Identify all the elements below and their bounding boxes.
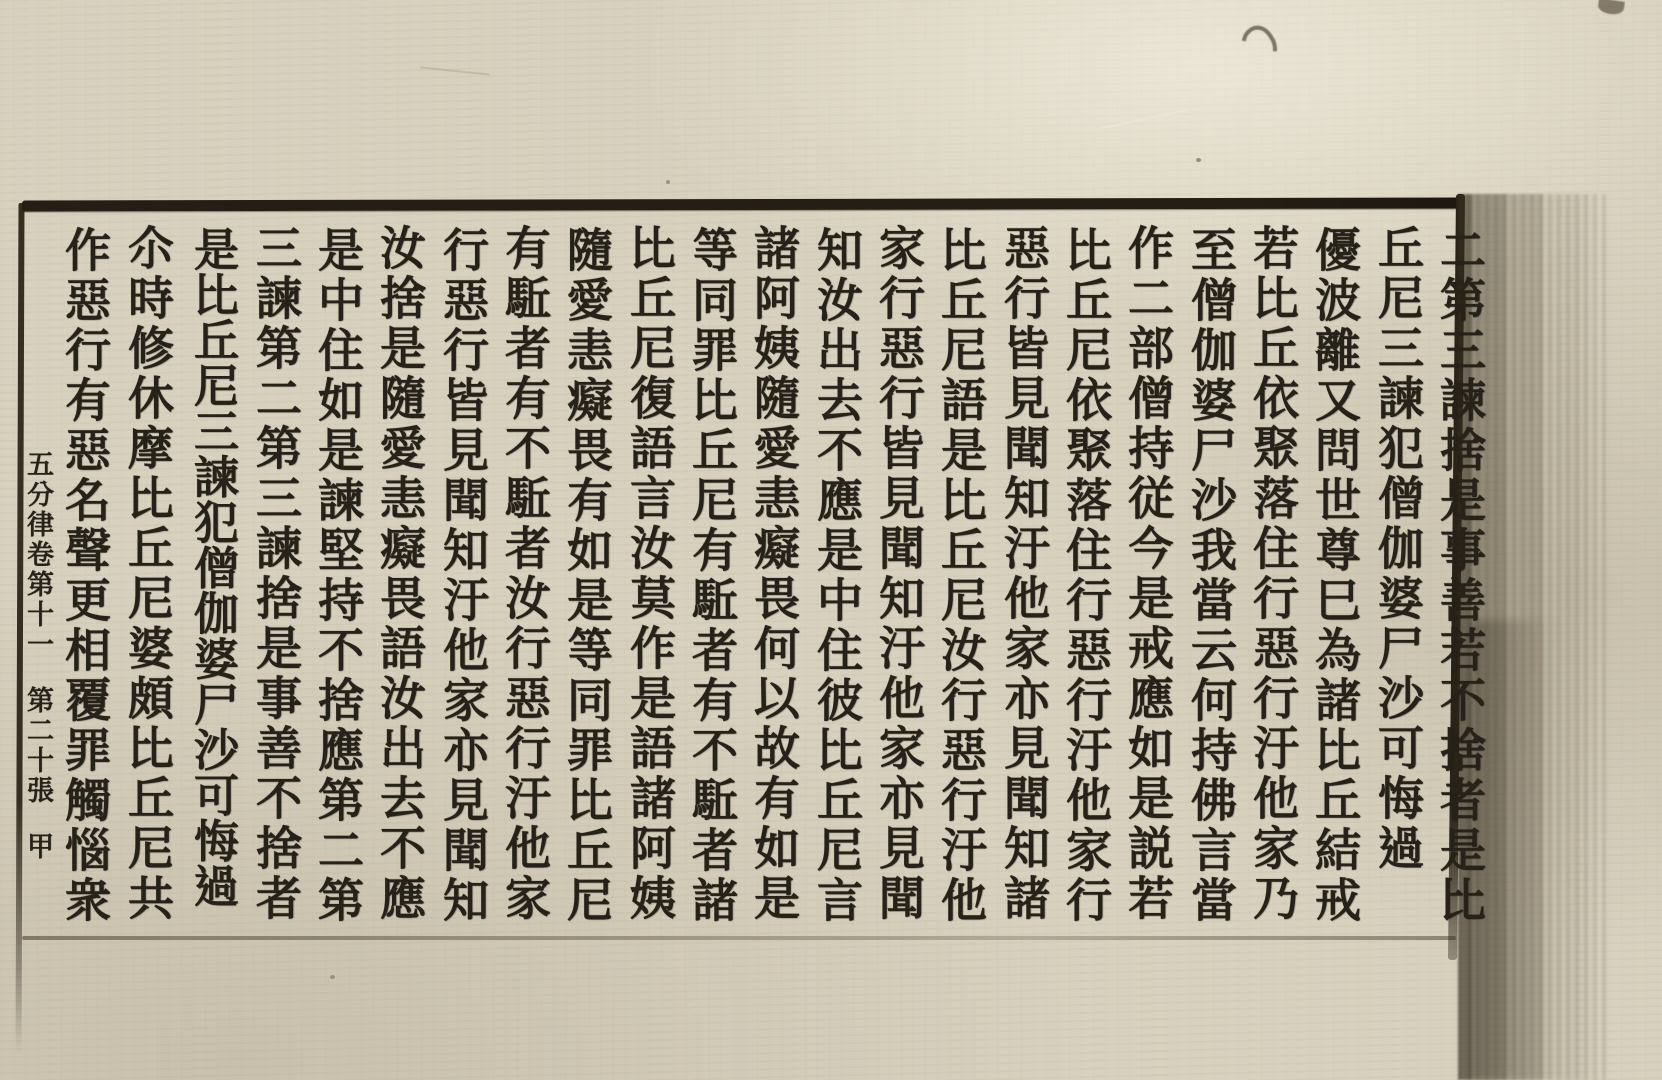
paper-fiber <box>1101 109 1189 130</box>
text-column-8: 惡行皆見聞知汙他家亦見聞知諸 <box>1001 224 1047 924</box>
text-column-6: 作二部僧持従今是戒應如是説若 <box>1125 224 1171 924</box>
text-column-17: 行惡行皆見聞知汙他家亦見聞知 <box>440 226 486 926</box>
text-column-11: 知汝出去不應是中住彼比丘尼言 <box>814 226 860 926</box>
paper-speck <box>1196 158 1201 162</box>
text-column-4: 若比丘依聚落住行惡行汙他家乃 <box>1250 224 1296 924</box>
colophon-column: 五分律卷第十一第二十張甲 <box>24 450 51 862</box>
paper-speck <box>330 975 335 979</box>
text-column-1: 二第三諫捨是事善若不捨者是比 <box>1437 226 1483 926</box>
paper-speck <box>666 180 670 184</box>
text-column-23: 作惡行有惡名聲更相覆罪觸惱衆 <box>62 226 108 926</box>
ink-smudge-corner <box>1597 0 1625 16</box>
text-column-10: 家行惡行皆見聞知汙他家亦見聞 <box>876 224 922 924</box>
text-column-12: 諸阿姨隨愛恚癡畏何以故有如是 <box>751 224 797 924</box>
text-column-18: 汝捨是隨愛恚癡畏語汝出去不應 <box>377 224 423 924</box>
text-column-9: 比丘尼語是比丘尼汝行惡行汙他 <box>938 226 984 926</box>
text-column-15: 隨愛恚癡畏有如是等同罪比丘尼 <box>564 226 610 926</box>
frame-bottom-border <box>22 936 1456 940</box>
scroll-page: { "colors": { "paper": "#d8d1bf", "ink":… <box>0 0 1662 1080</box>
text-column-20: 三諫第二第三諫捨是事善不捨者 <box>253 224 299 924</box>
text-column-14: 比丘尼復語言汝莫作是語諸阿姨 <box>627 224 673 924</box>
text-column-16: 有駈者有不駈者汝行惡行汙他家 <box>502 224 548 924</box>
colophon-collation-mark: 甲 <box>22 832 53 862</box>
text-column-2: 丘尼三諫犯僧伽婆尸沙可悔過 <box>1375 224 1421 874</box>
text-column-13: 等同罪比丘尼有駈者有不駈者諸 <box>689 226 735 926</box>
text-column-22: 尒時修休摩比丘尼婆頗比丘尼共 <box>125 224 171 924</box>
text-column-3: 優波離又問世尊巳為諸比丘結戒 <box>1312 226 1358 926</box>
text-column-7: 比丘尼依聚落住行惡行汙他家行 <box>1063 226 1109 926</box>
paper-fiber <box>420 66 490 75</box>
ink-smudge <box>1234 20 1285 72</box>
text-column-5: 至僧伽婆尸沙我當云何持佛言當 <box>1188 226 1234 926</box>
text-column-19: 是中住如是諫堅持不捨應第二第 <box>315 226 361 926</box>
frame-top-border <box>22 197 1464 211</box>
colophon-title: 五分律卷第十一 <box>22 450 53 660</box>
text-column-21: 是比丘尼三諫犯僧伽婆尸沙可悔過 <box>190 226 235 909</box>
colophon-sheet-number: 第二十張 <box>22 686 53 806</box>
